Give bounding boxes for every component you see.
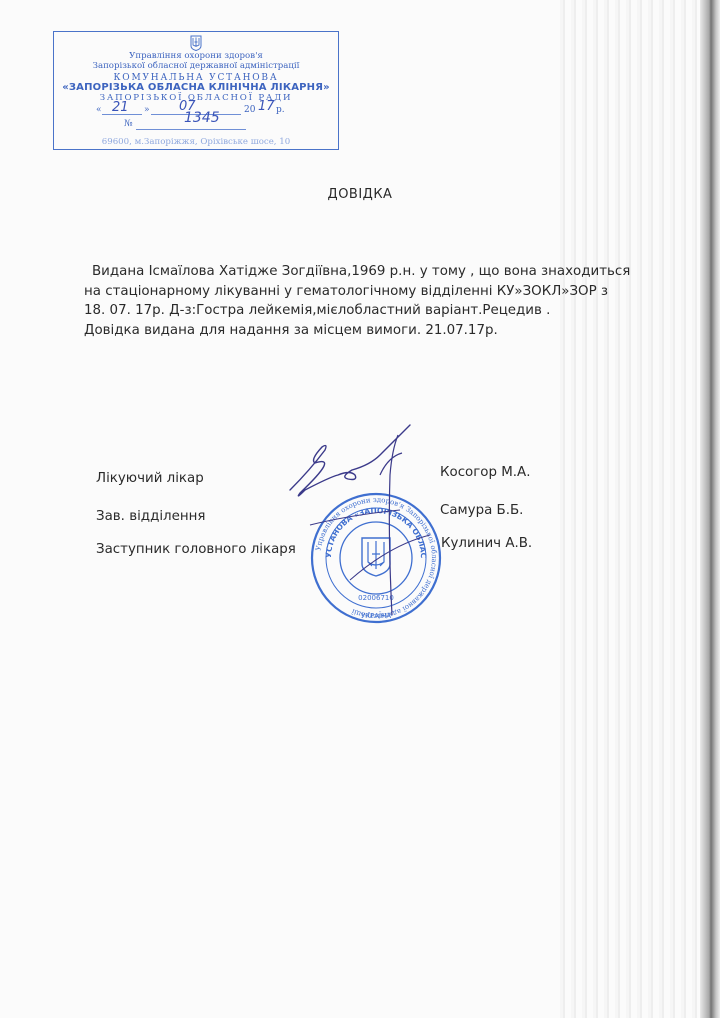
stamp-address: 69600, м.Запоріжжя, Оріхівське шосе, 10 [54,137,338,147]
trident-icon [190,35,202,51]
signature-name: Самура Б.Б. [440,503,523,518]
body-line: Видана Ісмаїлова Хатідже Зогдіївна,1969 … [92,262,652,282]
stamp-line: ЗАПОРІЗЬКОЇ ОБЛАСНОЇ РАДИ [54,93,338,103]
handwritten-number: 1345 [184,110,220,126]
scan-artifact [560,0,700,1018]
body-line: Довідка видана для надання за місцем вим… [84,321,652,341]
document-body: Видана Ісмаїлова Хатідже Зогдіївна,1969 … [92,262,652,340]
stamp-line: Управління охорони здоров'я [54,51,338,61]
number-label: № [124,119,133,129]
stamp-line: «ЗАПОРІЗЬКА ОБЛАСНА КЛІНІЧНА ЛІКАРНЯ» [54,83,338,93]
year-unit: р. [276,105,285,115]
body-line: на стаціонарному лікуванні у гематологіч… [84,282,652,302]
signature-name: Косогор М.А. [440,465,530,480]
body-line: 18. 07. 17р. Д-з:Гостра лейкемія,мієлобл… [84,301,652,321]
signature-name: Кулинич А.В. [441,536,532,551]
handwritten-day: 21 [112,100,129,115]
document-title: ДОВІДКА [0,187,720,202]
stamp-number-row: № 1345 [54,118,338,132]
signature-role: Заступник головного лікаря [96,542,296,557]
handwritten-signature [280,415,440,625]
institution-stamp: Управління охорони здоров'я Запорізької … [53,31,339,150]
year-prefix: 20 [244,105,255,115]
stamp-line: Запорізької обласної державної адміністр… [54,61,338,71]
signature-role: Зав. відділення [96,509,205,524]
scan-artifact [700,0,720,1018]
signature-role: Лікуючий лікар [96,471,204,486]
handwritten-year: 17 [258,99,275,114]
